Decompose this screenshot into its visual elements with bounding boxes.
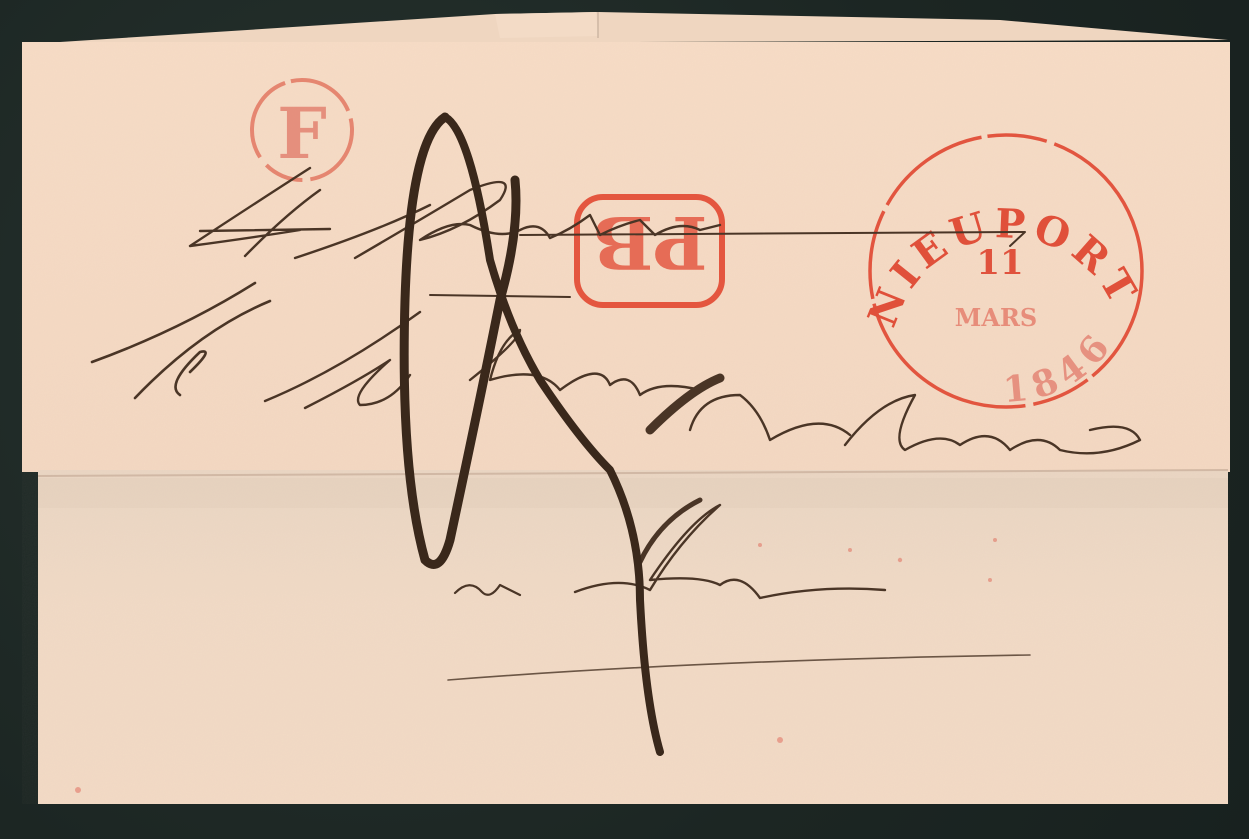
svg-text:4: 4 — [0, 0, 10, 4]
photo-stage: F PB NIEUPORT 1846 11 MARS — [0, 0, 1249, 839]
top-flap — [60, 12, 1228, 44]
svg-text:11: 11 — [976, 243, 1023, 283]
svg-text:F: F — [277, 92, 327, 175]
letter-cover: F PB NIEUPORT 1846 11 MARS — [0, 0, 1249, 839]
paper-body — [22, 42, 1230, 804]
svg-text:PB: PB — [593, 200, 708, 285]
svg-text:MARS: MARS — [955, 303, 1037, 332]
